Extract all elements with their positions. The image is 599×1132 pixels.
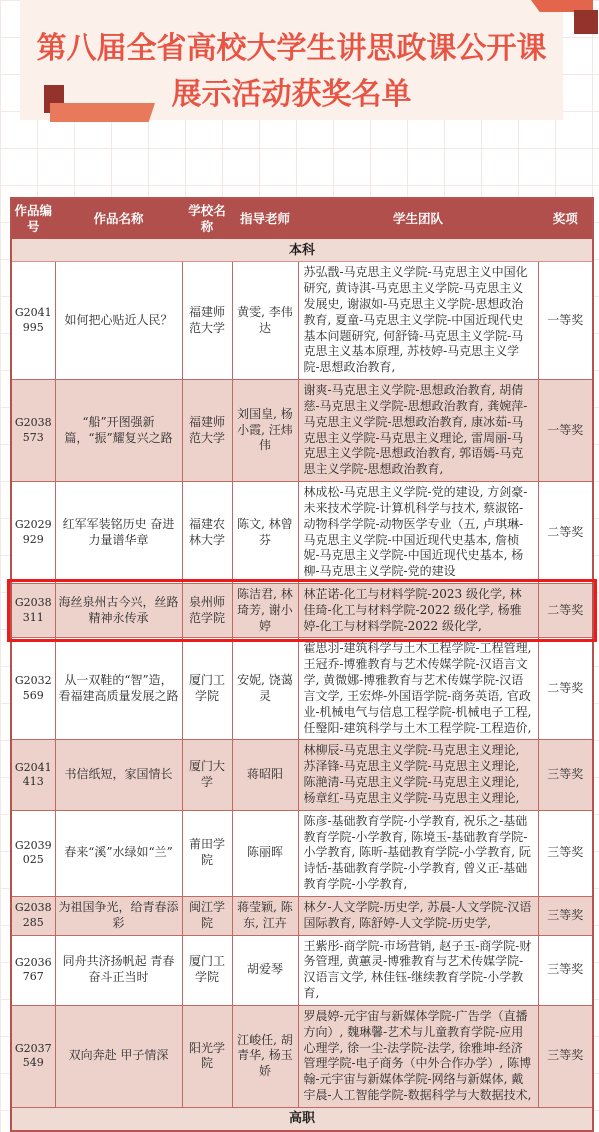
school-cell: 阳光学院 [182,1005,232,1107]
award-cell: 一等奖 [538,380,593,482]
award-cell: 三等奖 [538,810,593,896]
table-header-row: 作品编号 作品名称 学校名称 指导老师 学生团队 奖项 [11,198,593,239]
work-title-cell: “船”开图强新篇，“振”耀复兴之路 [55,380,182,482]
section-row-vocational: 高职 [11,1107,593,1131]
work-title-cell: 如何把心贴近人民？ [55,262,182,380]
col-header-work-title: 作品名称 [55,198,182,239]
table-row: G2032569 从一双鞋的“智”造，看福建高质量发展之路 厦门工学院 安妮, … [11,638,593,740]
award-list-page: 第八届全省高校大学生讲思政课公开课 展示活动获奖名单 作品编号 作品名称 学校名… [0,0,599,1132]
work-title-cell: 海丝泉州古今兴，丝路精神永传承 [55,583,182,637]
work-id-cell: G2038573 [11,380,55,482]
teachers-cell: 江峻任, 胡青华, 杨玉娇 [232,1005,298,1107]
school-cell: 厦门大学 [182,740,232,810]
team-cell: 林夕-人文学院-历史学, 苏晨-人文学院-汉语国际教育, 陈舒婷-人文学院-历史… [298,896,538,935]
table-row: G2041995 如何把心贴近人民？ 福建师范大学 黄雯, 李伟达 苏弘戬-马克… [11,262,593,380]
team-cell: 王紫彤-商学院-市场营销, 赵子玉-商学院-财务管理, 黄蕙灵-博雅教育与艺术传… [298,935,538,1005]
work-id-cell: G2037549 [11,1005,55,1107]
team-cell: 霍思羽-建筑科学与土木工程学院-工程管理, 王冠乔-博雅教育与艺术传媒学院-汉语… [298,638,538,740]
team-cell: 陈彦-基础教育学院-小学教育, 祝乐之-基础教育学院-小学教育, 陈境玉-基础教… [298,810,538,896]
table-row: G2029929 红军军装铭历史 奋进力量谱华章 福建农林大学 陈文, 林曾芬 … [11,482,593,584]
col-header-work-id: 作品编号 [11,198,55,239]
team-cell: 林芷诺-化工与材料学院-2023 级化学, 林佳琦-化工与材料学院-2022 级… [298,583,538,637]
work-id-cell: G2038285 [11,896,55,935]
table-header: 作品编号 作品名称 学校名称 指导老师 学生团队 奖项 [11,198,593,239]
teachers-cell: 胡爱琴 [232,935,298,1005]
award-table: 作品编号 作品名称 学校名称 指导老师 学生团队 奖项 本科 G2041995 … [10,197,594,1132]
work-title-cell: 书信纸短，家国情长 [55,740,182,810]
col-header-team: 学生团队 [298,198,538,239]
table-row: G2039025 春来“溪”水绿如“兰” 莆田学院 陈丽晖 陈彦-基础教育学院-… [11,810,593,896]
table-row: G2037549 双向奔赴 甲子情深 阳光学院 江峻任, 胡青华, 杨玉娇 罗晨… [11,1005,593,1107]
teachers-cell: 黄雯, 李伟达 [232,262,298,380]
work-id-cell: G2032569 [11,638,55,740]
school-cell: 闽江学院 [182,896,232,935]
award-cell: 三等奖 [538,740,593,810]
page-title-line1: 第八届全省高校大学生讲思政课公开课 [37,34,547,64]
teachers-cell: 蒋莹颖, 陈东, 江卉 [232,896,298,935]
award-cell: 二等奖 [538,482,593,584]
award-cell: 二等奖 [538,583,593,637]
work-title-cell: 为祖国争光，给青春添彩 [55,896,182,935]
page-title-line2: 展示活动获奖名单 [172,80,412,110]
work-id-cell: G2036767 [11,935,55,1005]
teachers-cell: 陈洁君, 林琦芳, 谢小婷 [232,583,298,637]
school-cell: 莆田学院 [182,810,232,896]
work-title-cell: 春来“溪”水绿如“兰” [55,810,182,896]
work-id-cell: G2029929 [11,482,55,584]
award-cell: 一等奖 [538,262,593,380]
team-cell: 谢爽-马克思主义学院-思想政治教育, 胡倩慈-马克思主义学院-思想政治教育, 龚… [298,380,538,482]
work-id-cell: G2039025 [11,810,55,896]
table-row: G2038285 为祖国争光，给青春添彩 闽江学院 蒋莹颖, 陈东, 江卉 林夕… [11,896,593,935]
teachers-cell: 安妮, 饶蔼灵 [232,638,298,740]
school-cell: 福建师范大学 [182,380,232,482]
school-cell: 福建农林大学 [182,482,232,584]
award-cell: 三等奖 [538,1005,593,1107]
work-title-cell: 从一双鞋的“智”造，看福建高质量发展之路 [55,638,182,740]
bottom-section-label: 高职 [11,1107,593,1131]
col-header-school: 学校名称 [182,198,232,239]
ribbon-fold-bottom-left-orange [50,103,155,122]
team-cell: 罗晨婷-元宇宙与新媒体学院-广告学（直播方向）, 魏琳馨-艺术与儿童教育学院-应… [298,1005,538,1107]
col-header-teachers: 指导老师 [232,198,298,239]
school-cell: 泉州师范学院 [182,583,232,637]
work-id-cell: G2041413 [11,740,55,810]
team-cell: 苏弘戬-马克思主义学院-马克思主义中国化研究, 黄诗淇-马克思主义学院-马克思主… [298,262,538,380]
work-id-cell: G2041995 [11,262,55,380]
school-cell: 福建师范大学 [182,262,232,380]
team-cell: 林柳辰-马克思主义学院-马克思主义理论, 苏泽锋-马克思主义学院-马克思主义理论… [298,740,538,810]
teachers-cell: 陈丽晖 [232,810,298,896]
award-cell: 三等奖 [538,896,593,935]
award-cell: 二等奖 [538,638,593,740]
school-cell: 厦门工学院 [182,935,232,1005]
teachers-cell: 陈文, 林曾芬 [232,482,298,584]
ribbon-fold-top-right-dark [574,10,598,34]
teachers-cell: 蒋昭阳 [232,740,298,810]
table-row: G2036767 同舟共济扬帆起 青春奋斗正当时 厦门工学院 胡爱琴 王紫彤-商… [11,935,593,1005]
award-cell: 三等奖 [538,935,593,1005]
table-row: G2041413 书信纸短，家国情长 厦门大学 蒋昭阳 林柳辰-马克思主义学院-… [11,740,593,810]
title-card: 第八届全省高校大学生讲思政课公开课 展示活动获奖名单 [20,0,563,120]
table-row: G2038311 海丝泉州古今兴，丝路精神永传承 泉州师范学院 陈洁君, 林琦芳… [11,583,593,637]
work-id-cell: G2038311 [11,583,55,637]
work-title-cell: 同舟共济扬帆起 青春奋斗正当时 [55,935,182,1005]
col-header-award: 奖项 [538,198,593,239]
work-title-cell: 红军军装铭历史 奋进力量谱华章 [55,482,182,584]
table-row: G2038573 “船”开图强新篇，“振”耀复兴之路 福建师范大学 刘国皇, 杨… [11,380,593,482]
team-cell: 林成松-马克思主义学院-党的建设, 方剑豪-未来技术学院-计算机科学与技术, 蔡… [298,482,538,584]
section-row-undergraduate: 本科 [11,239,593,262]
teachers-cell: 刘国皇, 杨小霞, 汪炜伟 [232,380,298,482]
school-cell: 厦门工学院 [182,638,232,740]
work-title-cell: 双向奔赴 甲子情深 [55,1005,182,1107]
section-label: 本科 [11,239,593,262]
